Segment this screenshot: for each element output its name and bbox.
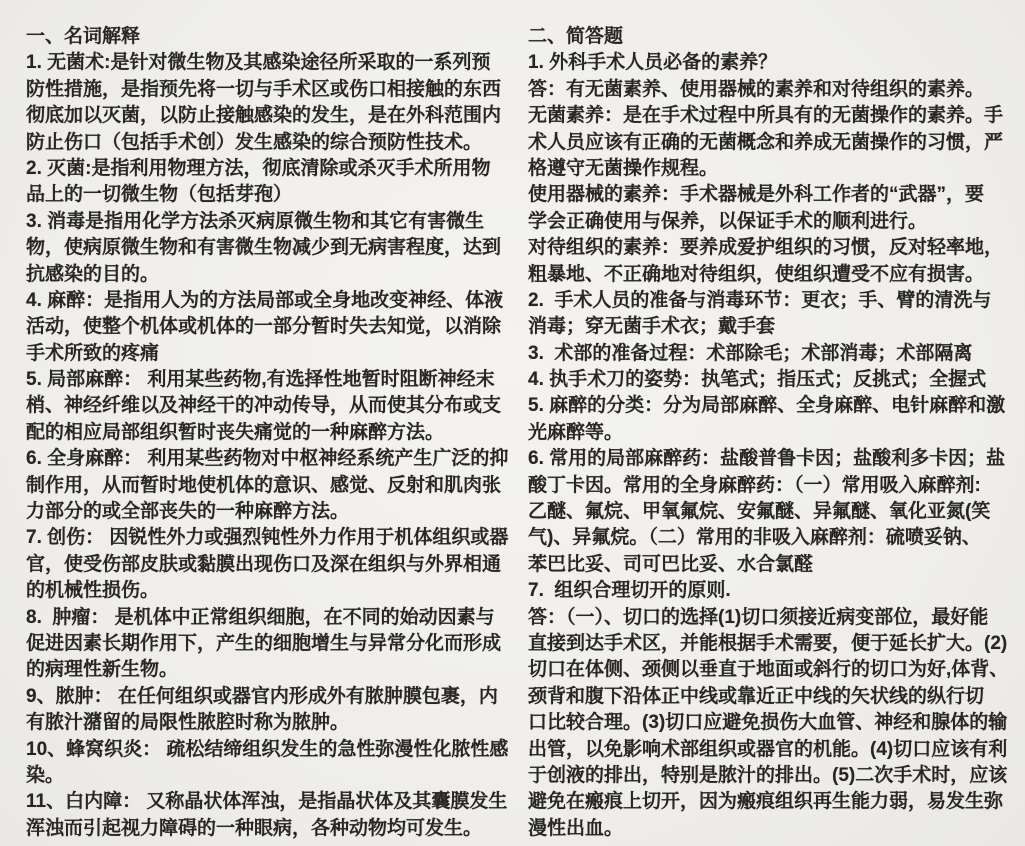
text-line: 3. 术部的准备过程：术部除毛；术部消毒；术部隔离 [528,341,1017,367]
text-line: 活动，使整个机体或机体的一部分暂时失去知觉，以消除 [26,314,508,340]
left-column: 一、名词解释 1. 无菌术:是针对微生物及其感染途径所采取的一系列预防性措施，是… [26,24,508,846]
text-line: 术人员应该有正确的无菌概念和养成无菌操作的习惯，严 [528,130,1017,156]
text-line: 品上的一切微生物（包括芽孢） [26,182,508,208]
left-column-lines: 1. 无菌术:是针对微生物及其感染途径所采取的一系列预防性措施，是指预先将一切与… [26,50,508,842]
text-line: 苯巴比妥、司可巴比妥、水合氯醛 [528,552,1017,578]
text-line: 11、白内障： 又称晶状体浑浊，是指晶状体及其囊膜发生 [26,789,508,815]
text-line: 直接到达手术区，并能根据手术需要，便于延长扩大。(2) [528,631,1017,657]
text-line: 3. 消毒是指用化学方法杀灭病原微生物和其它有害微生 [26,209,508,235]
text-line: 彻底加以灭菌，以防止接触感染的发生，是在外科范围内 [26,103,508,129]
text-line: 5. 麻醉的分类：分为局部麻醉、全身麻醉、电针麻醉和激 [528,393,1017,419]
text-line: 4. 执手术刀的姿势：执笔式；指压式；反挑式；全握式 [528,367,1017,393]
text-line: 消毒；穿无菌手术衣；戴手套 [528,314,1017,340]
text-line: 的机械性损伤。 [26,578,508,604]
text-line: 力部分的或全部丧失的一种麻醉方法。 [26,499,508,525]
text-line: 使用器械的素养：手术器械是外科工作者的“武器”，要 [528,182,1017,208]
right-column-lines: 1. 外科手术人员必备的素养？答：有无菌素养、使用器械的素养和对待组织的素养。无… [528,50,1017,842]
text-line: 口比较合理。(3)切口应避免损伤大血管、神经和腺体的输 [528,710,1017,736]
text-line: 6. 常用的局部麻醉药：盐酸普鲁卡因；盐酸利多卡因；盐 [528,446,1017,472]
text-line: 切口在体侧、颈侧以垂直于地面或斜行的切口为好,体背、 [528,657,1017,683]
text-line: 于创液的排出，特别是脓汁的排出。(5)二次手术时，应该 [528,763,1017,789]
text-line: 7. 创伤： 因锐性外力或强烈钝性外力作用于机体组织或器 [26,525,508,551]
text-line: 制作用，从而暂时地使机体的意识、感觉、反射和肌肉张 [26,473,508,499]
text-line: 有脓汁潴留的局限性脓腔时称为脓肿。 [26,710,508,736]
text-line: 避免在瘢痕上切开，因为瘢痕组织再生能力弱，易发生弥 [528,789,1017,815]
text-line: 颈背和腹下沿体正中线或靠近正中线的矢状线的纵行切 [528,684,1017,710]
section-heading-terms: 一、名词解释 [26,24,508,50]
text-line: 浑浊而引起视力障碍的一种眼病，各种动物均可发生。 [26,816,508,842]
text-line: 出管，以免影响术部组织或器官的机能。(4)切口应该有利 [528,737,1017,763]
text-line: 配的相应局部组织暂时丧失痛觉的一种麻醉方法。 [26,420,508,446]
right-column: 二、简答题 1. 外科手术人员必备的素养？答：有无菌素养、使用器械的素养和对待组… [528,24,1017,846]
text-line: 粗暴地、不正确地对待组织，使组织遭受不应有损害。 [528,262,1017,288]
text-line: 答：有无菌素养、使用器械的素养和对待组织的素养。 [528,77,1017,103]
text-line: 促进因素长期作用下，产生的细胞增生与异常分化而形成 [26,631,508,657]
text-line: 1. 外科手术人员必备的素养？ [528,50,1017,76]
text-line: 官，使受伤部皮肤或黏膜出现伤口及深在组织与外界相通 [26,552,508,578]
text-line: 6. 全身麻醉： 利用某些药物对中枢神经系统产生广泛的抑 [26,446,508,472]
text-line: 气)、异氟烷。（二）常用的非吸入麻醉剂：硫喷妥钠、 [528,525,1017,551]
text-line: 抗感染的目的。 [26,262,508,288]
text-line: 酸丁卡因。常用的全身麻醉药：（一）常用吸入麻醉剂: [528,473,1017,499]
text-line: 8. 肿瘤： 是机体中正常组织细胞，在不同的始动因素与 [26,605,508,631]
text-line: 5. 局部麻醉： 利用某些药物,有选择性地暂时阻断神经末 [26,367,508,393]
text-line: 漫性出血。 [528,816,1017,842]
text-line: 手术所致的疼痛 [26,341,508,367]
text-line: 2. 手术人员的准备与消毒环节：更衣；手、臂的清洗与 [528,288,1017,314]
text-line: 乙醚、氟烷、甲氧氟烷、安氟醚、异氟醚、氧化亚氮(笑 [528,499,1017,525]
text-line: 10、蜂窝织炎： 疏松结缔组织发生的急性弥漫性化脓性感 [26,737,508,763]
text-line: 2. 灭菌:是指利用物理方法，彻底清除或杀灭手术所用物 [26,156,508,182]
text-line: 的病理性新生物。 [26,657,508,683]
text-line: 物，使病原微生物和有害微生物减少到无病害程度，达到 [26,235,508,261]
text-line: 1. 无菌术:是针对微生物及其感染途径所采取的一系列预 [26,50,508,76]
text-line: 学会正确使用与保养，以保证手术的顺利进行。 [528,209,1017,235]
text-line: 7. 组织合理切开的原则. [528,578,1017,604]
text-line: 格遵守无菌操作规程。 [528,156,1017,182]
text-line: 9、脓肿： 在任何组织或器官内形成外有脓肿膜包裹，内 [26,684,508,710]
notes-document: 一、名词解释 1. 无菌术:是针对微生物及其感染途径所采取的一系列预防性措施，是… [0,0,1025,846]
text-line: 4. 麻醉：是指用人为的方法局部或全身地改变神经、体液 [26,288,508,314]
text-line: 无菌素养：是在手术过程中所具有的无菌操作的素养。手 [528,103,1017,129]
text-line: 防止伤口（包括手术创）发生感染的综合预防性技术。 [26,130,508,156]
text-line: 对待组织的素养：要养成爱护组织的习惯，反对轻率地， [528,235,1017,261]
text-line: 梢、神经纤维以及神经干的冲动传导，从而使其分布或支 [26,393,508,419]
section-heading-short-answers: 二、简答题 [528,24,1017,50]
text-line: 答：（一）、切口的选择(1)切口须接近病变部位，最好能 [528,605,1017,631]
text-line: 防性措施，是指预先将一切与手术区或伤口相接触的东西 [26,77,508,103]
text-line: 光麻醉等。 [528,420,1017,446]
text-line: 染。 [26,763,508,789]
